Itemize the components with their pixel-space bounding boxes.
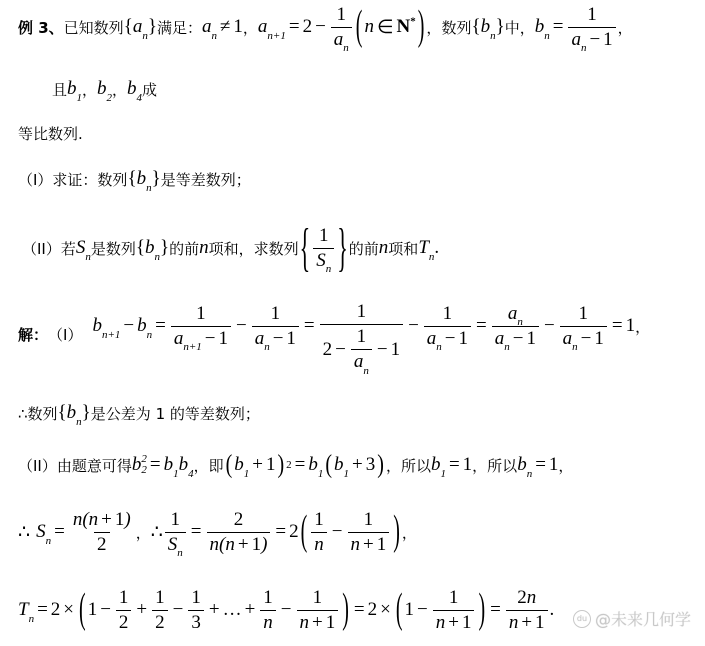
- N-star: N*: [397, 16, 416, 38]
- b-n: bn: [137, 168, 152, 190]
- in-sign: ∈: [377, 16, 394, 39]
- brace-close: }: [148, 16, 157, 38]
- solution-part2-label: （II）由题意可得: [18, 455, 132, 476]
- problem-line-2: 且 b1， b2， b4 成: [52, 76, 157, 102]
- conclusion1-prefix: ∴数列: [18, 403, 58, 424]
- cond-a-n-ne-1: an: [202, 16, 217, 38]
- bn-eq-1: bn: [517, 454, 532, 476]
- part1-suffix: 是等差数列；: [161, 169, 251, 190]
- a-n: an: [133, 16, 148, 38]
- b-n: bn: [481, 16, 496, 38]
- eq: =: [553, 16, 564, 38]
- brace-close: }: [152, 168, 161, 190]
- b-n: bn: [535, 16, 550, 38]
- comma: ，: [618, 17, 633, 38]
- frac-1-over-an: 1an: [331, 4, 352, 51]
- seq-b-mid: 中，: [505, 17, 535, 38]
- ne-sign: ≠: [220, 16, 230, 38]
- watermark-text: @未来几何学: [595, 607, 691, 630]
- comma: ，: [243, 17, 258, 38]
- part2-prefix: （II）若: [22, 238, 76, 259]
- part1-prefix: （I）求证：数列: [18, 169, 127, 190]
- frac-2n-over-n1: 2nn+1: [506, 587, 548, 634]
- solution-part1-label: （I）: [48, 324, 82, 345]
- period: .: [434, 237, 439, 259]
- conclusion1-suffix: 是公差为 1 的等差数列；: [91, 403, 260, 424]
- qie-text: 且: [52, 79, 67, 100]
- problem-line-3: 等比数列.: [18, 121, 83, 145]
- ji-text: ，即: [194, 455, 224, 476]
- solution-label: 解：: [18, 324, 48, 345]
- therefore-symbol: ∴: [18, 521, 30, 544]
- b1-b4: b1b4: [164, 454, 194, 476]
- Tn-line: Tn=2× (1− 12+ 12− 13+…+ 1n− 1n+1 )=2× (1…: [18, 578, 554, 642]
- seq-b-text: 数列: [441, 17, 471, 38]
- part2-question: （II）若 Sn 是数列 {bn} 的前 n 项和，求数列 { 1Sn } 的前…: [22, 220, 439, 276]
- frac-bn-def: 1an−1: [568, 4, 615, 51]
- brace-close: }: [496, 16, 505, 38]
- brace-close: }: [160, 237, 169, 259]
- comma: ，: [426, 17, 441, 38]
- n-in-N: n: [364, 16, 374, 38]
- brace-open: {: [471, 16, 480, 38]
- so-text-1: ，所以: [386, 455, 431, 476]
- b2-squared: b22: [132, 454, 147, 477]
- problem-label: 例 3、: [18, 17, 64, 38]
- comma: ，: [82, 79, 97, 100]
- geometric-seq-text: 等比数列.: [18, 123, 83, 144]
- Sn-line: ∴ Sn= n(n+1)2 ， ∴ 1Sn= 2n(n+1)=2 ( 1n− 1…: [18, 500, 417, 564]
- Sn: Sn: [36, 521, 51, 543]
- paren-close: ): [418, 3, 425, 51]
- brace-open: {: [136, 237, 145, 259]
- Tn: Tn: [18, 599, 34, 621]
- S-n: Sn: [76, 237, 91, 259]
- watermark: du @未来几何学: [573, 607, 691, 630]
- big-brace-open: {: [300, 217, 311, 279]
- eq: =: [150, 454, 161, 476]
- frac-1-over-Sn: 1Sn: [313, 225, 334, 272]
- n-var: n: [379, 237, 389, 259]
- part2-mid5: 项和: [388, 238, 418, 259]
- cheng-text: 成: [142, 79, 157, 100]
- b2: b2: [97, 78, 112, 100]
- T-n: Tn: [418, 237, 434, 259]
- two: 2: [303, 16, 313, 38]
- therefore-symbol: ∴: [151, 521, 163, 544]
- b-n: bn: [145, 237, 160, 259]
- n-var: n: [199, 237, 209, 259]
- satisfy-text: 满足：: [157, 17, 202, 38]
- part2-mid2: 的前: [169, 238, 199, 259]
- problem-line-1: 例 3、 已知数列 {an} 满足： an≠1 ， an+1=2− 1an (n…: [18, 6, 633, 48]
- brace-open: {: [58, 402, 67, 424]
- solution-part1: 解： （I） bn+1−bn= 1an+1−1− 1an−1= 12−1an−1…: [18, 298, 650, 378]
- eq: =: [289, 16, 300, 38]
- frac-2-over-nn1: 2n(n+1): [207, 509, 271, 556]
- big-brace-close: }: [337, 217, 348, 279]
- so-text-2: ，所以: [472, 455, 517, 476]
- b-n: bn: [67, 402, 82, 424]
- frac-1-over-Sn: 1Sn: [165, 509, 186, 556]
- frac-Sn: n(n+1)2: [70, 509, 134, 556]
- part2-mid3: 项和，求数列: [209, 238, 299, 259]
- one: 1: [233, 16, 243, 38]
- baidu-paw-icon: du: [573, 610, 591, 628]
- part2-mid4: 的前: [349, 238, 379, 259]
- step1-equation: bn+1−bn= 1an+1−1− 1an−1= 12−1an−1− 1an−1…: [92, 298, 650, 354]
- part2-mid1: 是数列: [91, 238, 136, 259]
- brace-open: {: [124, 16, 133, 38]
- minus: −: [315, 16, 326, 38]
- conclusion-1: ∴数列 {bn} 是公差为 1 的等差数列；: [18, 400, 260, 426]
- part1-question: （I）求证：数列 {bn} 是等差数列；: [18, 166, 251, 192]
- b1-eq-1: b1: [431, 454, 446, 476]
- a-n-plus-1: an+1: [258, 16, 286, 38]
- comma: ，: [112, 79, 127, 100]
- brace-open: {: [127, 168, 136, 190]
- b4: b4: [127, 78, 142, 100]
- problem-intro: 已知数列: [64, 17, 124, 38]
- paren-open: (: [356, 3, 363, 51]
- solution-part2-line1: （II）由题意可得 b22=b1b4 ，即 (b1+1)2=b1(b1+3) ，…: [18, 450, 573, 480]
- brace-close: }: [82, 402, 91, 424]
- b1: b1: [67, 78, 82, 100]
